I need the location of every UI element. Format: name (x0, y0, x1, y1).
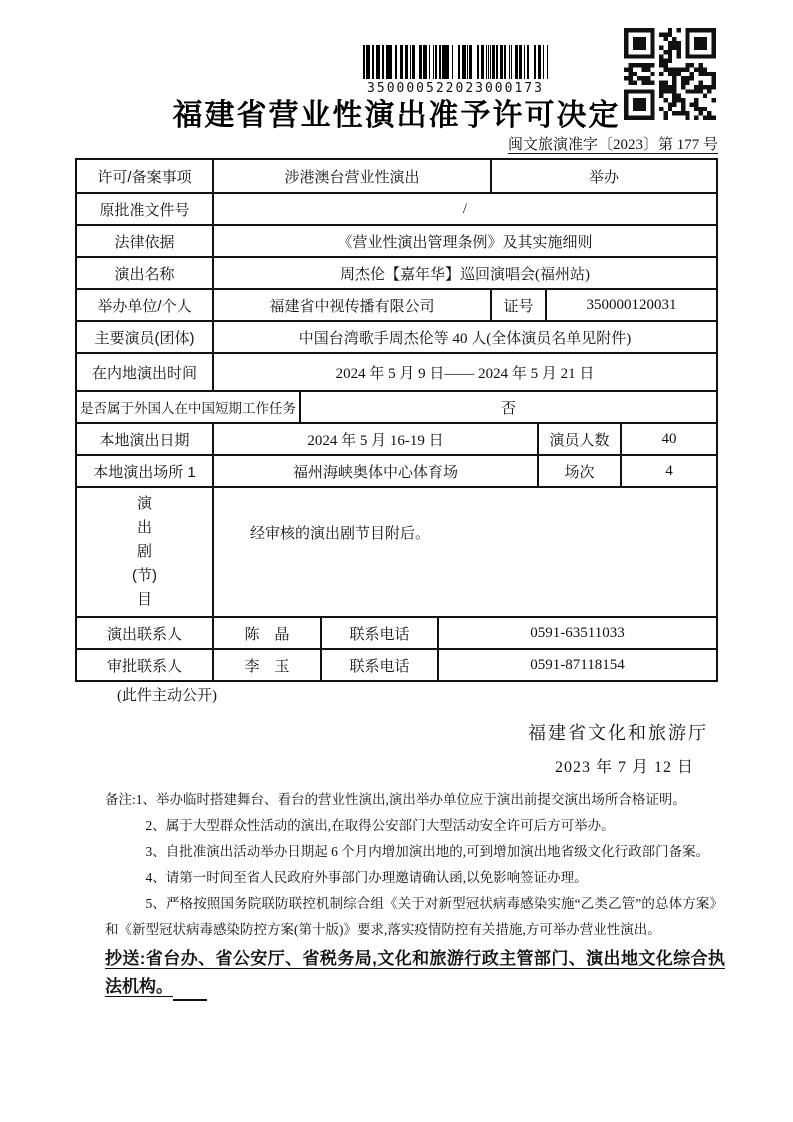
row-label: 审批联系人 (77, 650, 212, 680)
row-value: 否 (299, 392, 716, 422)
remark-item: 2、属于大型群众性活动的演出,在取得公安部门大型活动安全许可后方可举办。 (105, 813, 723, 839)
row-label: 在内地演出时间 (77, 354, 212, 390)
row-value: 涉港澳台营业性演出 (212, 160, 490, 192)
barcode-bars-icon (363, 45, 548, 79)
doc-number: 闽文旅演准字〔2023〕第 177 号 (508, 133, 718, 154)
row-value: 经审核的演出剧节目附后。 (212, 488, 716, 616)
row-label-2: 联系电话 (320, 618, 437, 648)
row-value: 2024 年 5 月 9 日—— 2024 年 5 月 21 日 (212, 354, 716, 390)
issuing-authority: 福建省文化和旅游厅 (75, 719, 718, 745)
row-value: 周杰伦【嘉年华】巡回演唱会(福州站) (212, 258, 716, 288)
remarks: 备注:1、举办临时搭建舞台、看台的营业性演出,演出举办单位应于演出前提交演出场所… (105, 787, 723, 943)
table-row-performance-contact: 演出联系人 陈 晶 联系电话 0591-63511033 (77, 616, 716, 648)
table-row-mainland-dates: 在内地演出时间 2024 年 5 月 9 日—— 2024 年 5 月 21 日 (77, 352, 716, 390)
table-row-performance-name: 演出名称 周杰伦【嘉年华】巡回演唱会(福州站) (77, 256, 716, 288)
row-value: 福建省中视传播有限公司 (212, 290, 490, 320)
remark-text: 1、举办临时搭建舞台、看台的营业性演出,演出举办单位应于演出前提交演出场所合格证… (136, 792, 686, 807)
footer: (此件主动公开) 福建省文化和旅游厅 2023 年 7 月 12 日 备注:1、… (75, 684, 718, 1001)
row-label: 演 出 剧 (节) 目 (77, 488, 212, 616)
row-label: 演出联系人 (77, 618, 212, 648)
page-title: 福建省营业性演出准予许可决定 (0, 90, 793, 134)
row-label: 举办单位/个人 (77, 290, 212, 320)
row-value-2: 0591-63511033 (437, 618, 716, 648)
row-value-2: 举办 (490, 160, 716, 192)
table-row-legal-basis: 法律依据 《营业性演出管理条例》及其实施细则 (77, 224, 716, 256)
table-row-main-performers: 主要演员(团体) 中国台湾歌手周杰伦等 40 人(全体演员名单见附件) (77, 320, 716, 352)
table-row-organizer: 举办单位/个人 福建省中视传播有限公司 证号 350000120031 (77, 288, 716, 320)
row-label: 原批准文件号 (77, 194, 212, 224)
row-label-2: 联系电话 (320, 650, 437, 680)
row-label-2: 场次 (537, 456, 620, 486)
row-value: 2024 年 5 月 16-19 日 (212, 424, 537, 454)
table-row-foreigner-shortterm: 是否属于外国人在中国短期工作任务 否 (77, 390, 716, 422)
cc-line: 抄送:省台办、省公安厅、省税务局,文化和旅游行政主管部门、演出地文化综合执法机构… (105, 945, 725, 1001)
row-label: 演出名称 (77, 258, 212, 288)
remark-item: 备注:1、举办临时搭建舞台、看台的营业性演出,演出举办单位应于演出前提交演出场所… (105, 787, 723, 813)
issue-date: 2023 年 7 月 12 日 (75, 754, 718, 777)
remarks-label: 备注: (105, 792, 136, 807)
table-row-permit-item: 许可/备案事项 涉港澳台营业性演出 举办 (77, 160, 716, 192)
row-label: 本地演出场所 1 (77, 456, 212, 486)
row-value-2: 0591-87118154 (437, 650, 716, 680)
row-value: 陈 晶 (212, 618, 320, 648)
row-label: 主要演员(团体) (77, 322, 212, 352)
table-row-approval-contact: 审批联系人 李 玉 联系电话 0591-87118154 (77, 648, 716, 680)
permit-document: 350000522023000173 福建省营业性演出准予许可决定 闽文旅演准字… (0, 0, 793, 1122)
row-value-2: 350000120031 (545, 290, 716, 320)
row-label: 许可/备案事项 (77, 160, 212, 192)
row-value: 福州海峡奥体中心体育场 (212, 456, 537, 486)
barcode: 350000522023000173 (363, 45, 548, 96)
row-value: 李 玉 (212, 650, 320, 680)
row-label-2: 证号 (490, 290, 545, 320)
row-value: / (212, 194, 716, 224)
row-value: 《营业性演出管理条例》及其实施细则 (212, 226, 716, 256)
cc-underline-tail (173, 982, 207, 1001)
row-label-2: 演员人数 (537, 424, 620, 454)
public-disclosure-note: (此件主动公开) (117, 684, 718, 705)
row-value-2: 40 (620, 424, 716, 454)
row-label: 是否属于外国人在中国短期工作任务 (77, 392, 299, 422)
permit-table: 许可/备案事项 涉港澳台营业性演出 举办 原批准文件号 / 法律依据 《营业性演… (75, 158, 718, 682)
row-value: 中国台湾歌手周杰伦等 40 人(全体演员名单见附件) (212, 322, 716, 352)
table-row-original-doc: 原批准文件号 / (77, 192, 716, 224)
table-row-program: 演 出 剧 (节) 目 经审核的演出剧节目附后。 (77, 486, 716, 616)
remark-item: 4、请第一时间至省人民政府外事部门办理邀请确认函,以免影响签证办理。 (105, 865, 723, 891)
remark-item: 5、严格按照国务院联防联控机制综合组《关于对新型冠状病毒感染实施“乙类乙管”的总… (105, 891, 723, 943)
table-row-local-dates: 本地演出日期 2024 年 5 月 16-19 日 演员人数 40 (77, 422, 716, 454)
row-label: 本地演出日期 (77, 424, 212, 454)
row-value-2: 4 (620, 456, 716, 486)
table-row-local-venue: 本地演出场所 1 福州海峡奥体中心体育场 场次 4 (77, 454, 716, 486)
remark-item: 3、自批准演出活动举办日期起 6 个月内增加演出地的,可到增加演出地省级文化行政… (105, 839, 723, 865)
row-label: 法律依据 (77, 226, 212, 256)
